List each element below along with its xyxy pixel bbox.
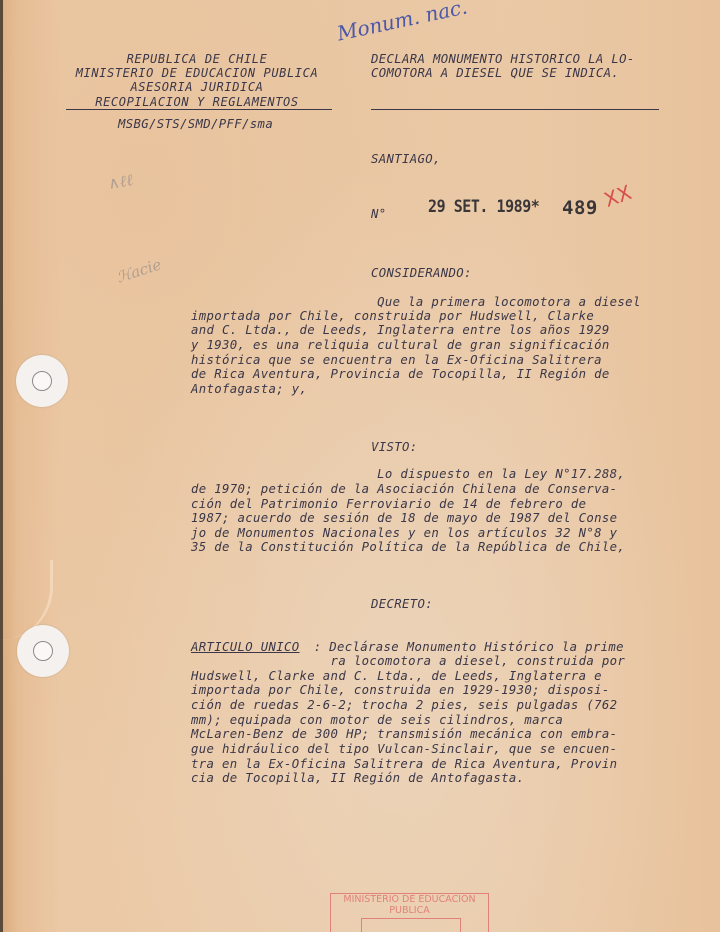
body-line: gue hidráulico del tipo Vulcan-Sinclair,…: [191, 742, 617, 757]
body-line: and C. Ltda., de Leeds, Inglaterra entre…: [191, 323, 610, 338]
date-stamp: 29 SET. 1989*: [428, 197, 539, 217]
article-label: ARTICULO UNICO: [191, 640, 300, 655]
body-line: de Rica Aventura, Provincia de Tocopilla…: [191, 367, 610, 382]
org-line: RECOPILACION Y REGLAMENTOS: [62, 95, 332, 109]
punch-hole-bottom: [17, 625, 69, 677]
body-line: Lo dispuesto en la Ley N°17.288,: [191, 467, 625, 482]
header-rule-right: [371, 109, 659, 110]
stamp-line: PUBLICA: [331, 905, 488, 916]
considerando-heading: CONSIDERANDO:: [371, 266, 472, 281]
decree-number: 489: [562, 197, 598, 219]
body-line: mm); equipada con motor de seis cilindro…: [191, 713, 563, 728]
reference-code: MSBG/STS/SMD/PFF/sma: [118, 117, 273, 132]
body-line: cia de Tocopilla, II Región de Antofagas…: [191, 771, 524, 786]
page-edge: [0, 0, 3, 932]
body-line: ra locomotora a diesel, construida por: [191, 654, 625, 669]
ministry-stamp: MINISTERIO DE EDUCACION PUBLICA: [330, 893, 489, 932]
org-line: ASESORIA JURIDICA: [62, 80, 332, 94]
body-line: y 1930, es una reliquia cultural de gran…: [191, 338, 610, 353]
decreto-heading: DECRETO:: [371, 597, 433, 612]
body-line: histórica que se encuentra en la Ex-Ofic…: [191, 353, 602, 368]
body-line: : Declárase Monumento Histórico la prime: [306, 640, 624, 655]
subject-line: COMOTORA A DIESEL QUE SE INDICA.: [371, 66, 619, 81]
subject-line: DECLARA MONUMENTO HISTORICO LA LO-: [371, 52, 635, 67]
body-line: de 1970; petición de la Asociación Chile…: [191, 482, 617, 497]
body-line: ción de ruedas 2-6-2; trocha 2 pies, sei…: [191, 698, 617, 713]
number-label: N°: [371, 207, 387, 222]
body-line: ción del Patrimonio Ferroviario de 14 de…: [191, 497, 586, 512]
stamp-line: MINISTERIO DE EDUCACION: [331, 894, 488, 905]
body-line: Hudswell, Clarke and C. Ltda., de Leeds,…: [191, 669, 602, 684]
pencil-initials: ∧ℓℓ: [106, 170, 134, 194]
punch-hole-top: [16, 355, 68, 407]
body-line: Antofagasta; y,: [191, 382, 307, 397]
body-line: importada por Chile, construida en 1929-…: [191, 683, 610, 698]
handwritten-note: Monum. nac.: [335, 0, 469, 45]
red-mark: XX: [601, 180, 635, 212]
body-line: 1987; acuerdo de sesión de 18 de mayo de…: [191, 511, 617, 526]
org-line: MINISTERIO DE EDUCACION PUBLICA: [62, 66, 332, 80]
body-line: importada por Chile, construida por Huds…: [191, 309, 594, 324]
issuing-authority: REPUBLICA DE CHILE MINISTERIO DE EDUCACI…: [62, 52, 332, 109]
body-line: Que la primera locomotora a diesel: [191, 295, 641, 310]
body-line: jo de Monumentos Nacionales y en los art…: [191, 526, 617, 541]
header-rule-left: [66, 109, 332, 110]
place: SANTIAGO,: [371, 152, 441, 167]
body-line: McLaren-Benz de 300 HP; transmisión mecá…: [191, 727, 617, 742]
pencil-annotation: ℋacie: [114, 255, 163, 286]
stamp-inner-box: [361, 918, 461, 932]
org-line: REPUBLICA DE CHILE: [62, 52, 332, 66]
visto-heading: VISTO:: [371, 440, 418, 455]
body-line: tra en la Ex-Oficina Salitrera de Rica A…: [191, 757, 617, 772]
body-line: 35 de la Constitución Política de la Rep…: [191, 540, 625, 555]
